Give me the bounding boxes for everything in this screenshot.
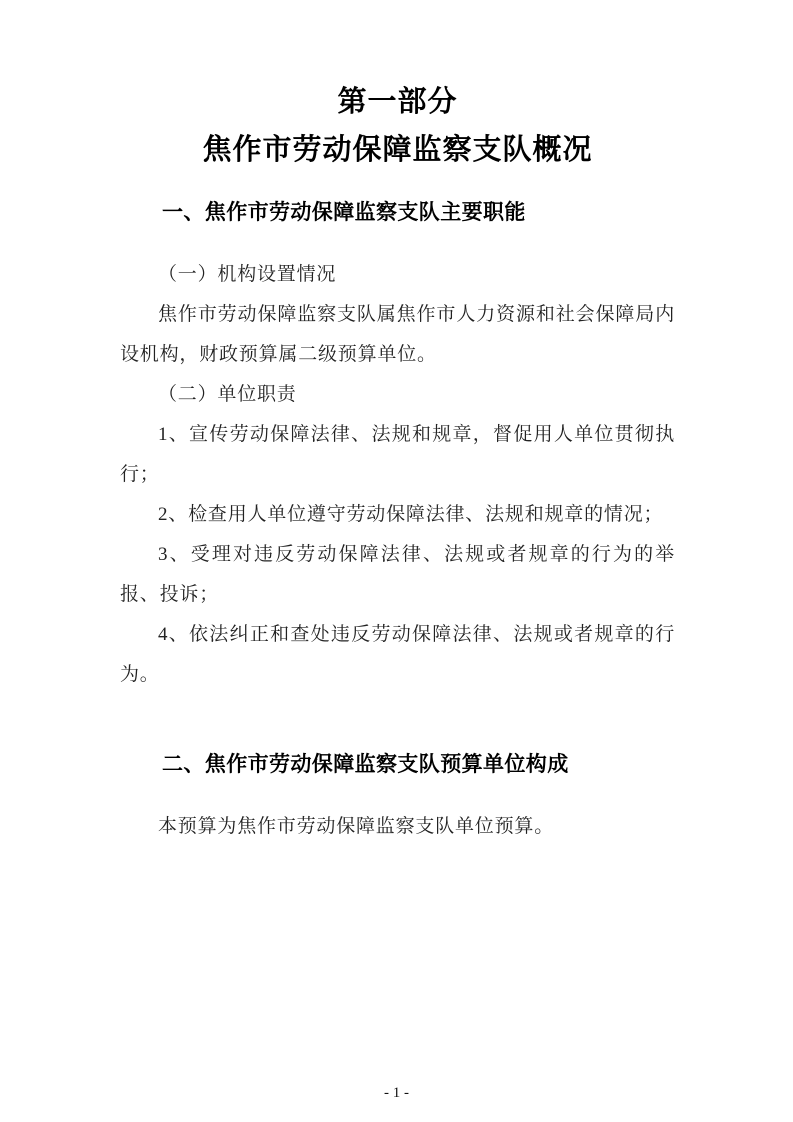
section-1-heading: 一、焦作市劳动保障监察支队主要职能 bbox=[120, 198, 675, 228]
duty-item-2: 2、检查用人单位遵守劳动保障法律、法规和规章的情况； bbox=[120, 495, 675, 535]
page-number: - 1 - bbox=[0, 1085, 793, 1102]
subsection-1-heading: （一）机构设置情况 bbox=[120, 255, 675, 295]
section-1-body: （一）机构设置情况 焦作市劳动保障监察支队属焦作市人力资源和社会保障局内设机构，… bbox=[120, 255, 675, 695]
budget-composition-paragraph: 本预算为焦作市劳动保障监察支队单位预算。 bbox=[120, 807, 675, 847]
duty-item-1: 1、宣传劳动保障法律、法规和规章，督促用人单位贯彻执行； bbox=[120, 415, 675, 495]
subsection-2-heading: （二）单位职责 bbox=[120, 375, 675, 415]
duty-item-3: 3、受理对违反劳动保障法律、法规或者规章的行为的举报、投诉； bbox=[120, 535, 675, 615]
document-content: 第一部分 焦作市劳动保障监察支队概况 一、焦作市劳动保障监察支队主要职能 （一）… bbox=[0, 0, 793, 847]
document-title: 第一部分 bbox=[120, 78, 675, 126]
org-setup-paragraph: 焦作市劳动保障监察支队属焦作市人力资源和社会保障局内设机构，财政预算属二级预算单… bbox=[120, 295, 675, 375]
section-2-heading: 二、焦作市劳动保障监察支队预算单位构成 bbox=[120, 750, 675, 780]
duty-item-4: 4、依法纠正和查处违反劳动保障法律、法规或者规章的行为。 bbox=[120, 615, 675, 695]
document-page: 第一部分 焦作市劳动保障监察支队概况 一、焦作市劳动保障监察支队主要职能 （一）… bbox=[0, 0, 793, 1122]
document-subtitle: 焦作市劳动保障监察支队概况 bbox=[120, 126, 675, 174]
section-2-body: 本预算为焦作市劳动保障监察支队单位预算。 bbox=[120, 807, 675, 847]
